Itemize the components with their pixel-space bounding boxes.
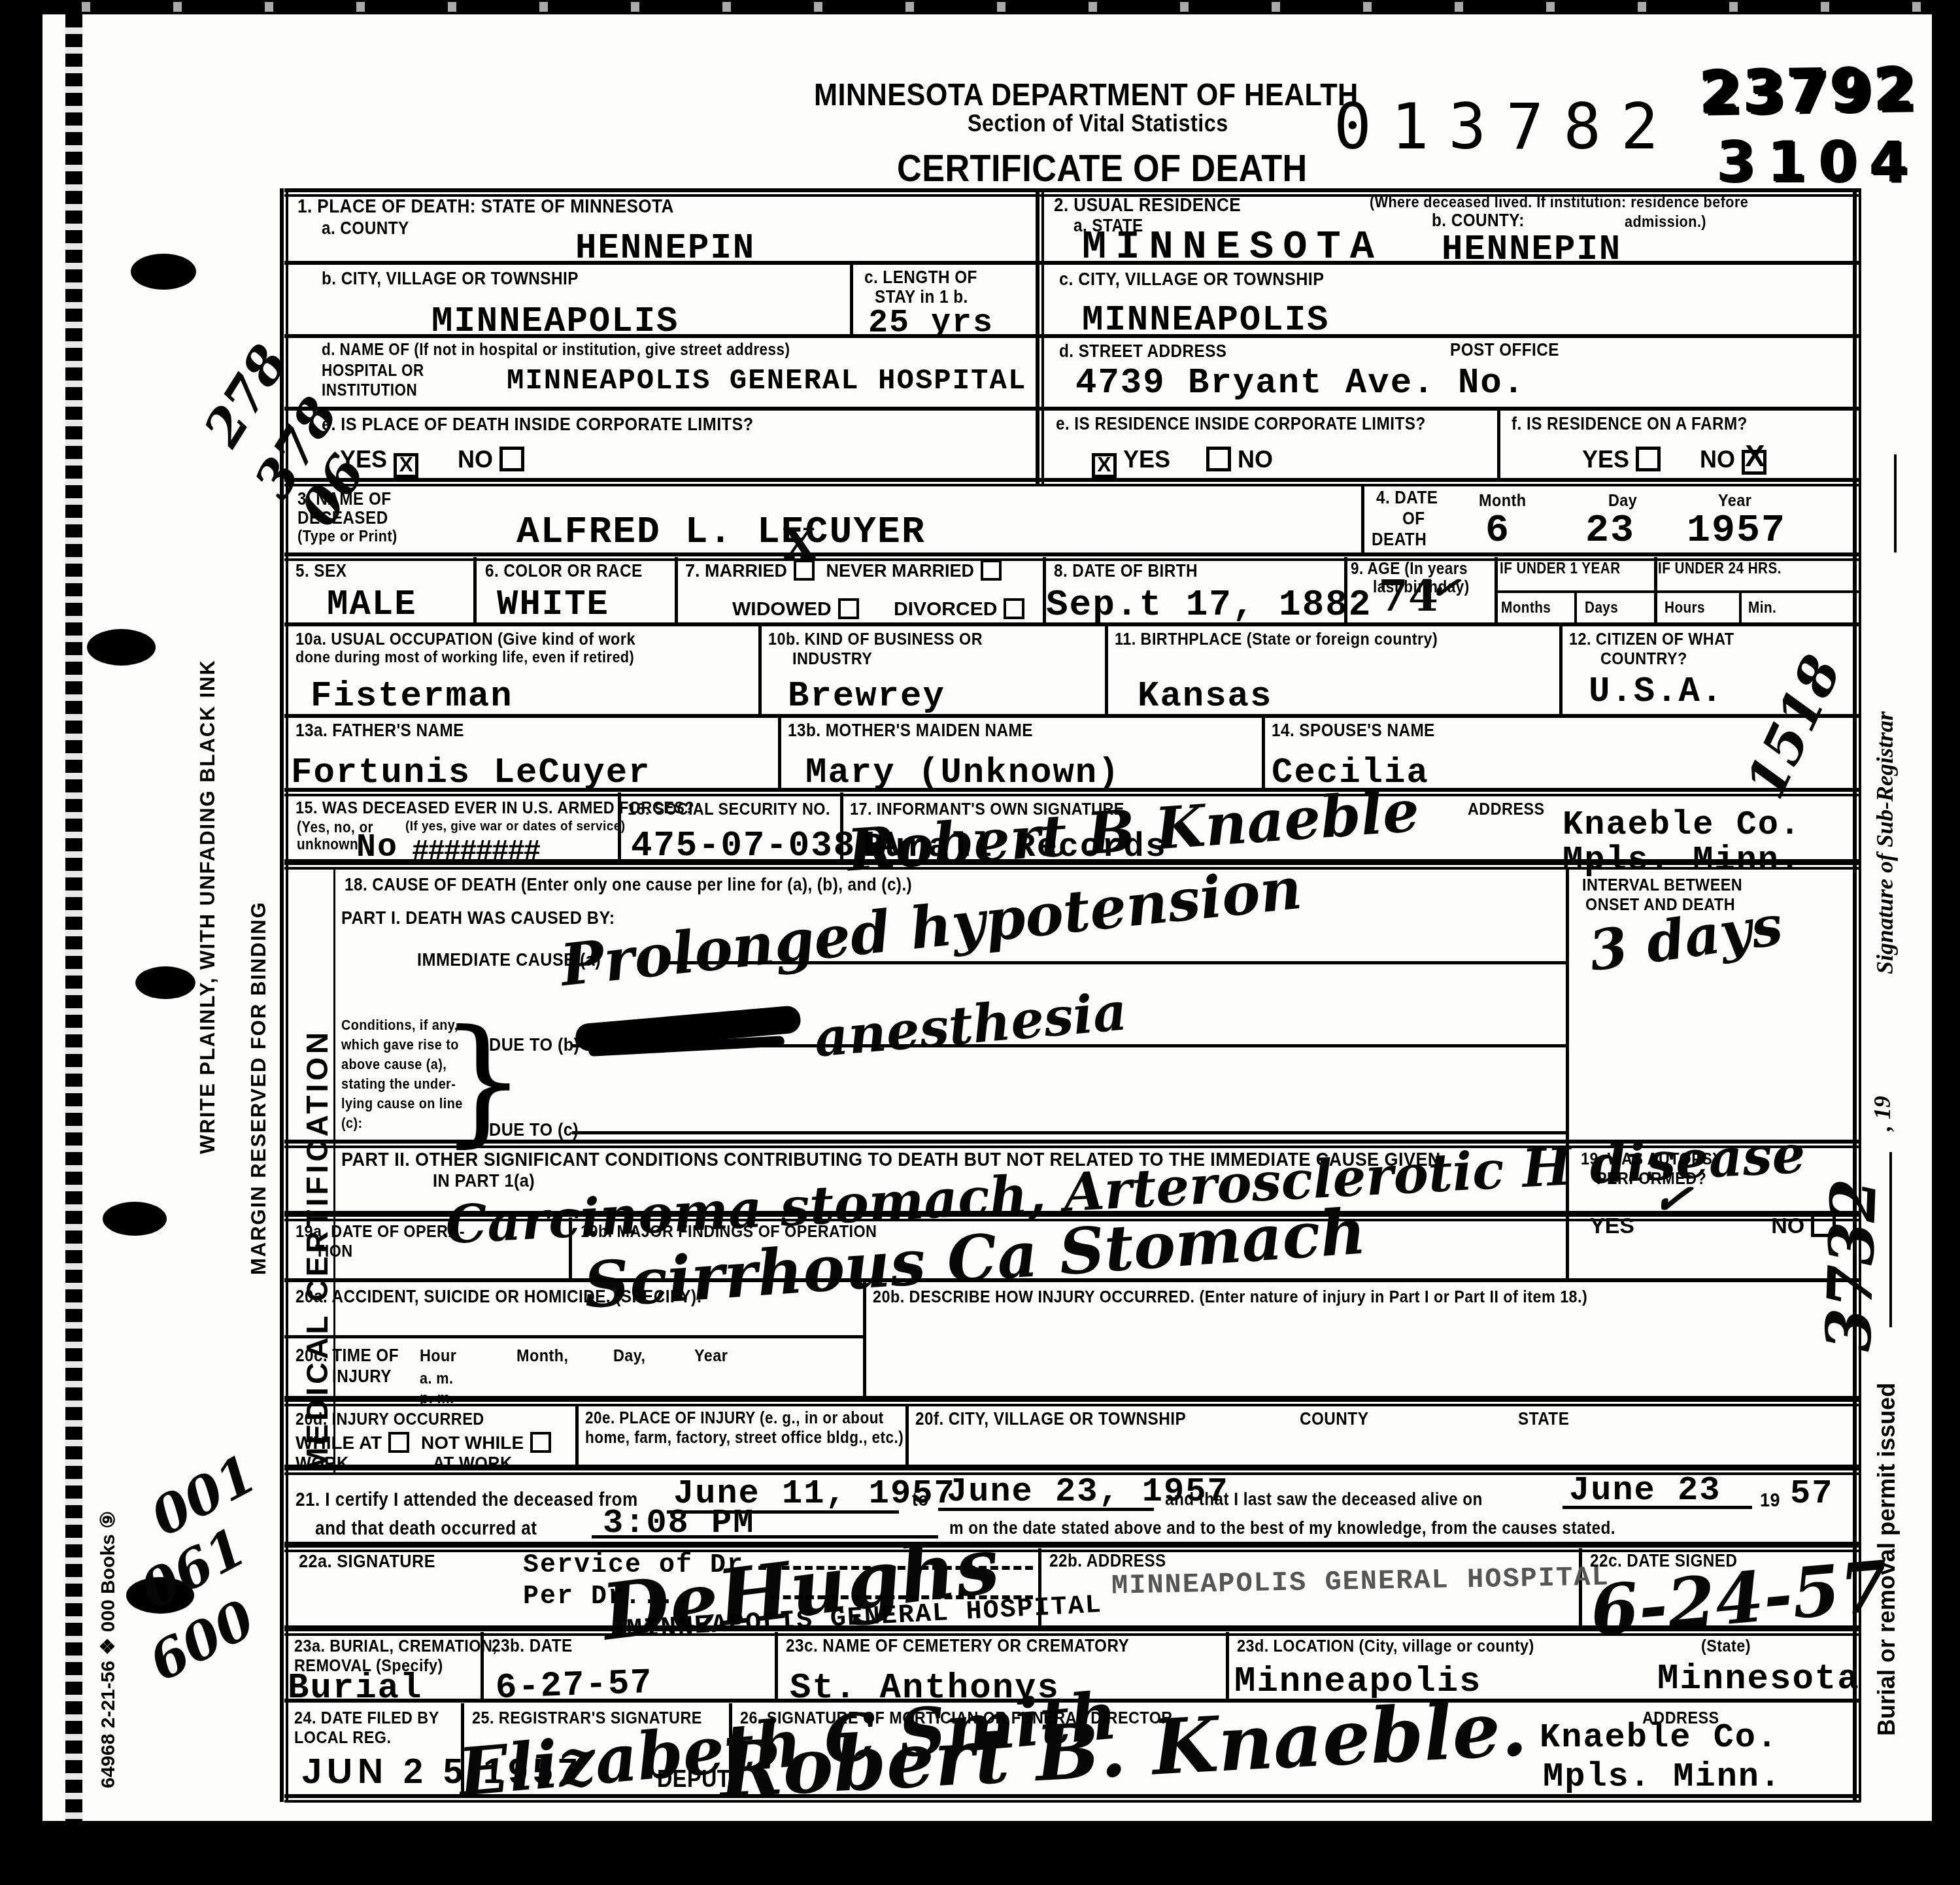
no-checkbox: X (1742, 450, 1766, 475)
street-address-value: 4739 Bryant Ave. No. (1075, 364, 1525, 403)
armed-forces-note2: unknown) (297, 836, 363, 853)
city-label: b. CITY, VILLAGE OR TOWNSHIP (322, 269, 579, 289)
under-1-year-label: IF UNDER 1 YEAR (1500, 560, 1621, 577)
permit-year-label: , 19 (1868, 1096, 1896, 1131)
cause-of-death-label: 18. CAUSE OF DEATH (Enter only one cause… (345, 875, 912, 895)
rule (284, 407, 1861, 411)
physician-address-label: 22b. ADDRESS (1049, 1551, 1166, 1571)
scan-edge-noise (46, 2, 1929, 12)
rule (1563, 1506, 1752, 1509)
location-state-label: (State) (1701, 1636, 1751, 1656)
birthplace-label: 11. BIRTHPLACE (State or foreign country… (1115, 629, 1438, 649)
date-of-operation-label2: TION (315, 1241, 353, 1261)
autopsy-label: 19. WAS AUTOPSY (1581, 1149, 1723, 1169)
residence-city-label: c. CITY, VILLAGE OR TOWNSHIP (1059, 269, 1325, 290)
deceased-name-value: ALFRED L. LECUYER (516, 511, 926, 554)
yes-checkbox (1636, 447, 1661, 471)
yes-label: YES (1582, 446, 1629, 473)
rule (758, 624, 762, 716)
residence-farm-label: f. IS RESIDENCE ON A FARM? (1512, 414, 1748, 434)
rule (850, 261, 853, 335)
mortician-address-value: Knaeble Co. (1540, 1718, 1778, 1757)
residence-county-label: b. COUNTY: (1432, 211, 1525, 231)
last-saw-alive-text: and that I last saw the deceased alive o… (1165, 1489, 1483, 1510)
informant-address-value: Knaeble Co. (1563, 806, 1801, 844)
hole-punch (103, 1202, 167, 1236)
street-address-label: d. STREET ADDRESS (1059, 341, 1227, 362)
hour-label: Hour (420, 1346, 456, 1366)
months-label: Months (1501, 599, 1551, 617)
injury-state-label: STATE (1518, 1409, 1569, 1429)
never-married-label: NEVER MARRIED (826, 561, 975, 581)
while-at-work-label: WHILE AT (296, 1433, 382, 1453)
death-day-value: 23 (1585, 509, 1635, 553)
no-label: NO (1238, 446, 1273, 473)
file-number-stamp: 013782 (1334, 90, 1678, 163)
rule (284, 1625, 1861, 1636)
rule (284, 261, 1861, 265)
sex-label: 5. SEX (296, 561, 346, 581)
year-value: 57 (1790, 1474, 1833, 1513)
due-to-b-label: DUE TO (b) (489, 1034, 579, 1055)
sub-registrar-signature-label: Signature of Sub-Registrar (1871, 711, 1899, 974)
ssn-label: 16. SOCIAL SECURITY NO. (628, 799, 830, 819)
yes-checkbox: X (1092, 453, 1117, 478)
date-of-operation-label: 19a. DATE OF OPERA- (296, 1221, 465, 1242)
business-label2: INDUSTRY (792, 649, 872, 669)
rule (284, 788, 1861, 796)
am-label: a. m. (420, 1370, 453, 1388)
margin-binding-note: MARGIN RESERVED FOR BINDING (247, 901, 271, 1275)
margin-instruction: WRITE PLAINLY, WITH UNFADING BLACK INK (196, 659, 220, 1154)
date-of-death-label3: DEATH (1372, 530, 1427, 550)
section-subtitle: Section of Vital Statistics (968, 110, 1228, 137)
occupation-value: Fisterman (311, 677, 513, 717)
cemetery-label: 23c. NAME OF CEMETERY OR CREMATORY (786, 1636, 1129, 1656)
color-race-label: 6. COLOR OR RACE (485, 561, 643, 581)
rule (778, 716, 781, 790)
marital-status-row: 7. MARRIED NEVER MARRIED (685, 560, 1008, 581)
injury-occurred-answer: WHILE AT NOT WHILE (296, 1432, 558, 1453)
accident-suicide-label: 20a. ACCIDENT, SUICIDE OR HOMICIDE. (SPE… (296, 1287, 702, 1307)
immediate-cause-label: IMMEDIATE CAUSE (a) (417, 949, 601, 970)
under-24-hrs-label: IF UNDER 24 HRS. (1658, 560, 1782, 577)
yes-label: YES (1123, 446, 1170, 473)
x-mark: X (1745, 439, 1765, 473)
father-name-value: Fortunis LeCuyer (291, 753, 651, 793)
location-state-value: Minnesota (1657, 1659, 1860, 1699)
per-dr-text: Per Dr.... (523, 1582, 693, 1612)
post-office-label: POST OFFICE (1450, 340, 1559, 360)
corporate-limits-answer: YESX NO (340, 446, 531, 478)
usual-residence-note: (Where deceased lived. If institution: r… (1370, 194, 1748, 212)
month-label: Month, (516, 1346, 568, 1366)
year-label: Year (1718, 490, 1751, 511)
rule (863, 1282, 866, 1396)
rule (775, 1632, 778, 1699)
hospital-value: MINNEAPOLIS GENERAL HOSPITAL (507, 365, 1026, 398)
rule (284, 1278, 1861, 1282)
last-alive-date-value: June 23 (1569, 1471, 1721, 1510)
no-checkbox (1206, 447, 1231, 471)
usual-residence-note2: admission.) (1625, 213, 1706, 231)
certify-text: 21. I certify I attended the deceased fr… (296, 1489, 638, 1511)
rule (280, 188, 288, 1802)
marital-status-row2: WIDOWED DIVORCED (732, 598, 1031, 620)
birthplace-value: Kansas (1138, 677, 1272, 717)
scanned-death-certificate: WRITE PLAINLY, WITH UNFADING BLACK INK M… (0, 0, 1960, 1885)
day-label: Day (1608, 490, 1637, 511)
year-label: Year (694, 1346, 728, 1366)
citizen-label: 12. CITIZEN OF WHAT (1569, 629, 1734, 649)
days-label: Days (1585, 599, 1618, 617)
residence-corporate-label: e. IS RESIDENCE INSIDE CORPORATE LIMITS? (1056, 414, 1426, 434)
rule (1105, 624, 1108, 716)
burial-date-label: 23b. DATE (492, 1636, 573, 1656)
year-prefix: 19 (1760, 1489, 1780, 1512)
burial-cremation-label: 23a. BURIAL, CREMATION, (294, 1636, 497, 1656)
while-at-work-checkbox (388, 1432, 409, 1453)
binding-perforation (65, 14, 82, 1821)
conditions-note: (c): (341, 1115, 363, 1132)
place-of-injury-label2: home, farm, factory, street office bldg.… (585, 1429, 904, 1448)
residence-corporate-answer: XYES NO (1085, 446, 1273, 478)
interval-label: INTERVAL BETWEEN (1582, 875, 1742, 895)
x-mark: X (1097, 452, 1111, 476)
no-label: NO (458, 446, 493, 473)
part2-label2: IN PART 1(a) (433, 1170, 535, 1191)
divorced-label: DIVORCED (894, 598, 997, 620)
hole-punch (87, 629, 156, 666)
corporate-limits-label: e. IS PLACE OF DEATH INSIDE CORPORATE LI… (322, 414, 754, 435)
state-value: MINNESOTA (1082, 224, 1383, 270)
rule (1574, 592, 1577, 624)
rule (284, 334, 1861, 338)
rule (1361, 484, 1364, 552)
rule (938, 1508, 1154, 1511)
date-filed-label: 24. DATE FILED BY (294, 1708, 439, 1728)
injury-county-label: COUNTY (1300, 1409, 1368, 1429)
month-label: Month (1479, 490, 1526, 511)
rule (1495, 590, 1861, 593)
part1-label: PART I. DEATH WAS CAUSED BY: (341, 908, 615, 928)
county-label: a. COUNTY (322, 218, 409, 239)
rule (572, 1044, 1566, 1047)
physician-signature-label: 22a. SIGNATURE (299, 1551, 435, 1572)
time-of-injury-label2: INJURY (332, 1367, 392, 1387)
not-while-label: NOT WHILE (421, 1433, 524, 1453)
permit-blank-line (1889, 1152, 1892, 1327)
death-year-value: 1957 (1687, 509, 1786, 553)
birth-date-value: Sep.t 17, 1882 (1046, 584, 1372, 626)
sub-registrar-signature-line (1894, 454, 1897, 552)
rule (284, 1335, 863, 1338)
race-value: WHITE (497, 585, 609, 625)
not-while-checkbox (530, 1432, 551, 1453)
rule (575, 1404, 579, 1465)
death-occurred-text: and that death occurred at (315, 1518, 537, 1540)
married-x-mark: X (783, 520, 816, 569)
rule (675, 557, 678, 624)
business-value: Brewrey (788, 677, 945, 717)
death-month-value: 6 (1485, 509, 1510, 553)
injury-city-label: 20f. CITY, VILLAGE OR TOWNSHIP (915, 1409, 1186, 1429)
rule (1739, 592, 1742, 624)
rule (284, 859, 1861, 870)
no-checkbox (499, 447, 524, 471)
rule (1262, 716, 1265, 790)
rule (569, 1217, 572, 1280)
mother-name-value: Mary (Unknown) (805, 753, 1121, 793)
rule (905, 1404, 909, 1465)
widowed-label: WIDOWED (732, 598, 832, 620)
rule (284, 552, 1861, 561)
describe-injury-label: 20b. DESCRIBE HOW INJURY OCCURRED. (Ente… (873, 1287, 1587, 1307)
conditions-note: stating the under- (341, 1076, 456, 1093)
informant-address-label: ADDRESS (1468, 799, 1545, 819)
married-label: 7. MARRIED (685, 561, 787, 581)
registration-number-stamp: 23792 (1699, 56, 1918, 128)
department-title: MINNESOTA DEPARTMENT OF HEALTH (814, 77, 1359, 113)
occupation-label2: done during most of working life, even i… (296, 649, 634, 667)
yes-label: YES (340, 446, 387, 473)
residence-county-value: HENNEPIN (1442, 230, 1621, 270)
yes-checkbox: X (394, 453, 418, 478)
sex-value: MALE (327, 585, 417, 625)
date-of-death-label: 4. DATE (1376, 488, 1438, 508)
spouse-name-label: 14. SPOUSE'S NAME (1272, 721, 1435, 741)
residence-city-value: MINNEAPOLIS (1082, 301, 1329, 341)
place-of-death-title: 1. PLACE OF DEATH: STATE OF MINNESOTA (297, 196, 674, 218)
mother-name-label: 13b. MOTHER'S MAIDEN NAME (788, 721, 1033, 741)
hours-label: Hours (1664, 599, 1705, 617)
conditions-note: above cause (a), (341, 1056, 447, 1073)
injury-occurred-label: 20d. INJURY OCCURRED (296, 1409, 484, 1429)
rule (664, 961, 1566, 964)
rule (1559, 624, 1563, 716)
never-married-checkbox (981, 560, 1002, 581)
date-of-death-label2: OF (1402, 509, 1425, 529)
father-name-label: 13a. FATHER'S NAME (296, 721, 464, 741)
rule (1226, 1632, 1229, 1699)
hole-punch (131, 254, 196, 290)
x-mark: X (399, 452, 413, 476)
citizen-value: U.S.A. (1589, 672, 1723, 712)
occupation-label: 10a. USUAL OCCUPATION (Give kind of work (296, 629, 635, 649)
mortician-address-value2: Mpls. Minn. (1543, 1758, 1782, 1796)
time-of-injury-label: 20c. TIME OF (296, 1346, 399, 1366)
name-of-deceased-label2: DECEASED (297, 508, 388, 528)
no-label: NO (1700, 446, 1735, 473)
usual-residence-title: 2. USUAL RESIDENCE (1054, 195, 1241, 216)
min-label: Min. (1748, 599, 1776, 617)
type-or-print-note: (Type or Print) (297, 528, 397, 546)
hospital-label: d. NAME OF (If not in hospital or instit… (322, 341, 790, 360)
name-of-deceased-label: 3. NAME OF (297, 489, 392, 509)
to-text: to (912, 1489, 929, 1511)
hole-punch (135, 966, 195, 999)
district-number-stamp: 3104 (1716, 129, 1919, 195)
date-filed-label2: LOCAL REG. (294, 1727, 391, 1748)
place-of-injury-label: 20e. PLACE OF INJURY (e. g., in or about (585, 1409, 884, 1428)
rule (1497, 407, 1500, 480)
death-occurred-text2: m on the date stated above and to the be… (949, 1518, 1615, 1538)
rule (284, 714, 1861, 718)
residence-farm-answer: YES NOX (1582, 446, 1773, 475)
rule (473, 557, 477, 624)
length-of-stay-label: c. LENGTH OF (864, 267, 977, 288)
certificate-title: CERTIFICATE OF DEATH (897, 146, 1308, 190)
citizen-label2: COUNTRY? (1600, 649, 1687, 669)
divorced-checkbox (1004, 598, 1024, 619)
rule (572, 1131, 1566, 1134)
hospital-label3: INSTITUTION (322, 381, 417, 400)
rule (284, 622, 1861, 626)
business-label: 10b. KIND OF BUSINESS OR (768, 629, 983, 649)
armed-forces-note3: (If yes, give war or dates of service) (405, 819, 625, 834)
location-label: 23d. LOCATION (City, village or county) (1237, 1636, 1534, 1656)
day-label: Day, (613, 1346, 646, 1366)
widowed-checkbox (838, 598, 859, 619)
rule (284, 478, 1861, 486)
date-of-birth-label: 8. DATE OF BIRTH (1054, 561, 1198, 581)
form-number: 64968 2-21-56 ❖ 000 Books ⑨ (97, 1511, 120, 1788)
due-to-c-label: DUE TO (c) (489, 1119, 579, 1140)
hospital-label2: HOSPITAL OR (322, 362, 424, 381)
rule (284, 1396, 1861, 1406)
